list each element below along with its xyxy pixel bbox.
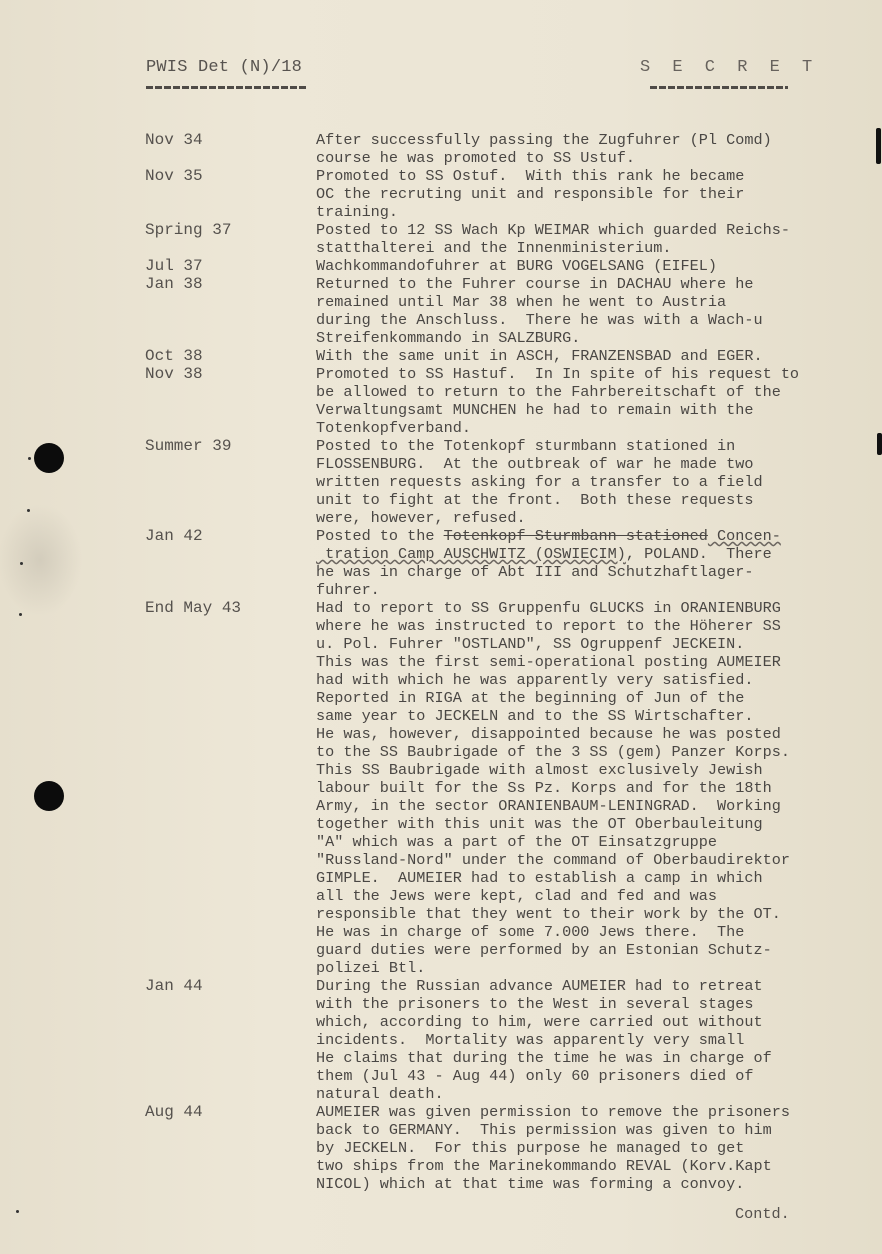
underlined-text: Concen-	[708, 527, 781, 545]
text-line: Wachkommandofuhrer at BURG VOGELSANG (EI…	[316, 257, 882, 275]
text-line: which, according to him, were carried ou…	[316, 1013, 882, 1031]
text-line: together with this unit was the OT Oberb…	[316, 815, 882, 833]
paper-speck	[27, 509, 30, 512]
struck-text: Totenkopf Sturmbann stationed	[444, 527, 708, 545]
text-line: unit to fight at the front. Both these r…	[316, 491, 882, 509]
chronology-entry: Jan 42Posted to the Totenkopf Sturmbann …	[0, 527, 315, 545]
entry-text: After successfully passing the Zugfuhrer…	[316, 131, 882, 167]
entry-date: Jan 42	[0, 527, 315, 545]
text-line: to the SS Baubrigade of the 3 SS (gem) P…	[316, 743, 882, 761]
text-line: He claims that during the time he was in…	[316, 1049, 882, 1067]
punch-hole-icon	[34, 781, 64, 811]
entry-date: Jul 37	[0, 257, 315, 275]
punch-hole-icon	[34, 443, 64, 473]
classification-marking: S E C R E T	[640, 58, 818, 77]
text-line: course he was promoted to SS Ustuf.	[316, 149, 882, 167]
text-line: remained until Mar 38 when he went to Au…	[316, 293, 882, 311]
chronology-entry: Nov 38Promoted to SS Hastuf. In In spite…	[0, 365, 315, 383]
text-line: be allowed to return to the Fahrbereitsc…	[316, 383, 882, 401]
text-line: Army, in the sector ORANIENBAUM-LENINGRA…	[316, 797, 882, 815]
text-line: During the Russian advance AUMEIER had t…	[316, 977, 882, 995]
paper-speck	[20, 562, 23, 565]
text-line: After successfully passing the Zugfuhrer…	[316, 131, 882, 149]
text-line: he was in charge of Abt III and Schutzha…	[316, 563, 882, 581]
continued-marker: Contd.	[735, 1205, 790, 1223]
paper-speck	[19, 613, 22, 616]
text-line: "Russland-Nord" under the command of Obe…	[316, 851, 882, 869]
paper-speck	[16, 1210, 19, 1213]
text-line: Returned to the Fuhrer course in DACHAU …	[316, 275, 882, 293]
entry-date: Oct 38	[0, 347, 315, 365]
document-reference: PWIS Det (N)/18	[146, 58, 302, 77]
entry-date: Aug 44	[0, 1103, 315, 1121]
entry-text: Returned to the Fuhrer course in DACHAU …	[316, 275, 882, 347]
text-line: This was the first semi-operational post…	[316, 653, 882, 671]
text-line: Had to report to SS Gruppenfu GLUCKS in …	[316, 599, 882, 617]
text-line: AUMEIER was given permission to remove t…	[316, 1103, 882, 1121]
text-line: Reported in RIGA at the beginning of Jun…	[316, 689, 882, 707]
entry-text: Promoted to SS Ostuf. With this rank he …	[316, 167, 882, 221]
text-line: "A" which was a part of the OT Einsatzgr…	[316, 833, 882, 851]
chronology-entry: Aug 44AUMEIER was given permission to re…	[0, 1103, 315, 1121]
entry-date: Nov 35	[0, 167, 315, 185]
entry-text: With the same unit in ASCH, FRANZENSBAD …	[316, 347, 882, 365]
reference-underline	[146, 86, 306, 89]
entry-text: Posted to the Totenkopf sturmbann statio…	[316, 437, 882, 527]
text-line: Promoted to SS Hastuf. In In spite of hi…	[316, 365, 882, 383]
chronology-entry: End May 43Had to report to SS Gruppenfu …	[0, 599, 315, 617]
entry-date: Nov 34	[0, 131, 315, 149]
text-line: all the Jews were kept, clad and fed and…	[316, 887, 882, 905]
edge-mark	[877, 433, 882, 455]
text-line: OC the recruting unit and responsible fo…	[316, 185, 882, 203]
text-line: NICOL) which at that time was forming a …	[316, 1175, 882, 1193]
text-line: He was in charge of some 7.000 Jews ther…	[316, 923, 882, 941]
entry-date: Spring 37	[0, 221, 315, 239]
text-line: two ships from the Marinekommando REVAL …	[316, 1157, 882, 1175]
entry-text: Posted to 12 SS Wach Kp WEIMAR which gua…	[316, 221, 882, 257]
entry-date: End May 43	[0, 599, 315, 617]
entry-date: Nov 38	[0, 365, 315, 383]
entry-text: Wachkommandofuhrer at BURG VOGELSANG (EI…	[316, 257, 882, 275]
entry-text: AUMEIER was given permission to remove t…	[316, 1103, 882, 1193]
text-line: Posted to the Totenkopf sturmbann statio…	[316, 437, 882, 455]
text-line: He was, however, disappointed because he…	[316, 725, 882, 743]
text-line: This SS Baubrigade with almost exclusive…	[316, 761, 882, 779]
chronology-entry: Jul 37Wachkommandofuhrer at BURG VOGELSA…	[0, 257, 315, 275]
entry-text: During the Russian advance AUMEIER had t…	[316, 977, 882, 1103]
chronology-entry: Jan 38Returned to the Fuhrer course in D…	[0, 275, 315, 293]
entry-text: Promoted to SS Hastuf. In In spite of hi…	[316, 365, 882, 437]
paper-speck	[28, 457, 31, 460]
text-line: polizei Btl.	[316, 959, 882, 977]
text-line: where he was instructed to report to the…	[316, 617, 882, 635]
text-line: With the same unit in ASCH, FRANZENSBAD …	[316, 347, 882, 365]
text-line: during the Anschluss. There he was with …	[316, 311, 882, 329]
text-line: labour built for the Ss Pz. Korps and fo…	[316, 779, 882, 797]
text-line: tration Camp AUSCHWITZ (OSWIECIM), POLAN…	[316, 545, 882, 563]
text-line: u. Pol. Fuhrer "OSTLAND", SS Ogruppenf J…	[316, 635, 882, 653]
text-line: back to GERMANY. This permission was giv…	[316, 1121, 882, 1139]
edge-mark	[876, 128, 881, 164]
chronology-entry: Nov 34After successfully passing the Zug…	[0, 131, 315, 149]
entry-text: Had to report to SS Gruppenfu GLUCKS in …	[316, 599, 882, 977]
text-line: Streifenkommando in SALZBURG.	[316, 329, 882, 347]
entry-date: Jan 38	[0, 275, 315, 293]
text-line: were, however, refused.	[316, 509, 882, 527]
text-line: had with which he was apparently very sa…	[316, 671, 882, 689]
text-line: Verwaltungsamt MUNCHEN he had to remain …	[316, 401, 882, 419]
text-line: them (Jul 43 - Aug 44) only 60 prisoners…	[316, 1067, 882, 1085]
chronology-entry: Oct 38With the same unit in ASCH, FRANZE…	[0, 347, 315, 365]
text-line: Promoted to SS Ostuf. With this rank he …	[316, 167, 882, 185]
text-line: same year to JECKELN and to the SS Wirts…	[316, 707, 882, 725]
text-line: Posted to the Totenkopf Sturmbann statio…	[316, 527, 882, 545]
text-line: training.	[316, 203, 882, 221]
text-line: GIMPLE. AUMEIER had to establish a camp …	[316, 869, 882, 887]
text-line: FLOSSENBURG. At the outbreak of war he m…	[316, 455, 882, 473]
text-line: fuhrer.	[316, 581, 882, 599]
entry-date: Jan 44	[0, 977, 315, 995]
underlined-text: tration Camp AUSCHWITZ (OSWIECIM)	[316, 545, 626, 563]
entry-text: Posted to the Totenkopf Sturmbann statio…	[316, 527, 882, 599]
text-line: by JECKELN. For this purpose he managed …	[316, 1139, 882, 1157]
text-line: Totenkopfverband.	[316, 419, 882, 437]
text-line: natural death.	[316, 1085, 882, 1103]
chronology-entry: Nov 35Promoted to SS Ostuf. With this ra…	[0, 167, 315, 185]
text-line: incidents. Mortality was apparently very…	[316, 1031, 882, 1049]
text-line: Posted to 12 SS Wach Kp WEIMAR which gua…	[316, 221, 882, 239]
text-line: responsible that they went to their work…	[316, 905, 882, 923]
chronology-entry: Jan 44During the Russian advance AUMEIER…	[0, 977, 315, 995]
text-line: guard duties were performed by an Estoni…	[316, 941, 882, 959]
text-line: with the prisoners to the West in severa…	[316, 995, 882, 1013]
text-line: written requests asking for a transfer t…	[316, 473, 882, 491]
chronology-entry: Spring 37Posted to 12 SS Wach Kp WEIMAR …	[0, 221, 315, 239]
text-line: statthalterei and the Innenministerium.	[316, 239, 882, 257]
classification-underline	[650, 86, 788, 89]
